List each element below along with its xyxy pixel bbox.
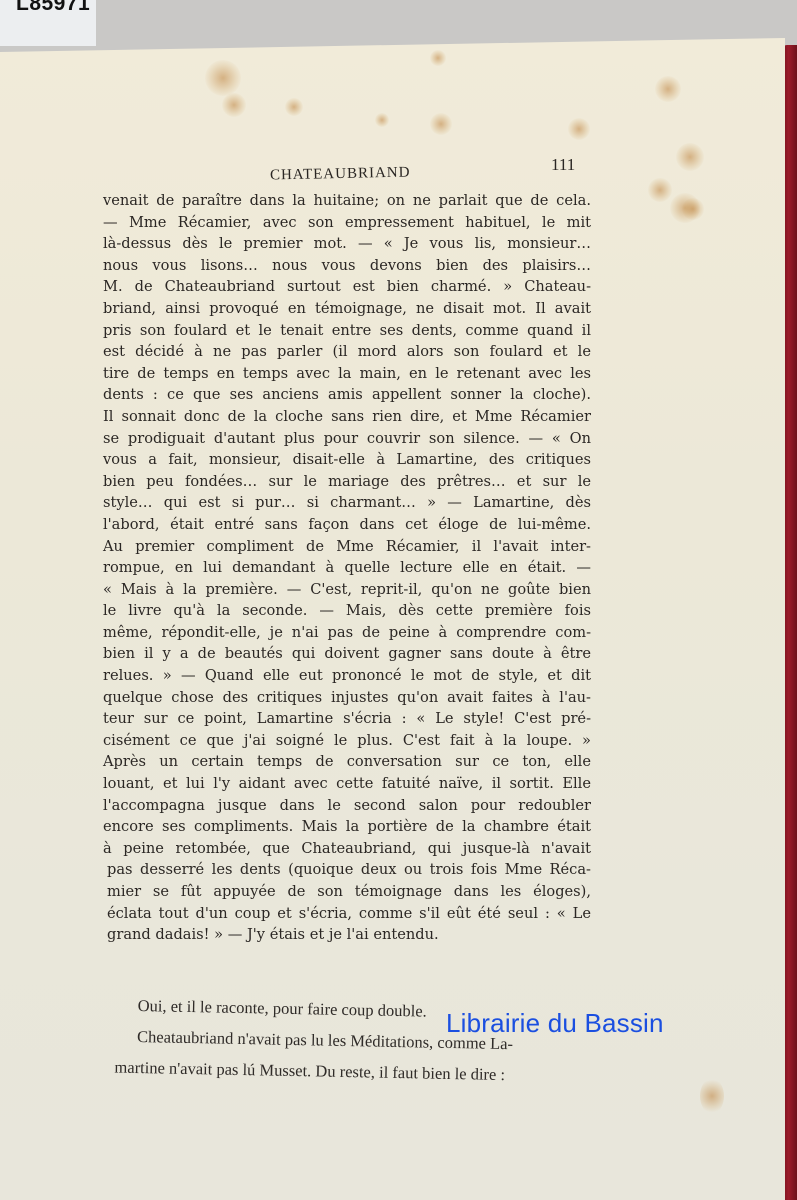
text-line: Après un certain temps de conversation s…: [103, 751, 591, 773]
foxing-spot: [205, 60, 241, 96]
text-line: tire de temps en temps avec la main, en …: [103, 363, 591, 385]
foxing-spot: [430, 113, 452, 135]
text-line: briand, ainsi provoqué en témoignage, ne…: [103, 298, 591, 320]
text-line: le livre qu'à la seconde. — Mais, dès ce…: [103, 600, 591, 622]
text-line: l'accompagna jusque dans le second salon…: [103, 795, 591, 817]
book-cover-edge: [783, 45, 797, 1200]
text-line: l'abord, était entré sans façon dans cet…: [103, 514, 591, 536]
text-line: éclata tout d'un coup et s'écria, comme …: [103, 903, 591, 925]
text-line: pris son foulard et le tenait entre ses …: [103, 320, 591, 342]
body-text: venait de paraître dans la huitaine; on …: [103, 190, 591, 946]
text-line: bien peu fondées… sur le mariage des prê…: [103, 471, 591, 493]
text-line: M. de Chateaubriand surtout est bien cha…: [103, 276, 591, 298]
foxing-spot: [648, 178, 672, 202]
text-line: se prodiguait d'autant plus pour couvrir…: [103, 428, 591, 450]
footnote: Oui, et il le raconte, pour faire coup d…: [136, 990, 593, 1092]
text-line: est décidé à ne pas parler (il mord alor…: [103, 341, 591, 363]
text-line: vous a fait, monsieur, disait-elle à Lam…: [103, 449, 591, 471]
text-line: bien il y a de beautés qui doivent gagne…: [103, 643, 591, 665]
text-line: quelque chose des critiques injustes qu'…: [103, 687, 591, 709]
text-line: pas desserré les dents (quoique deux ou …: [103, 859, 591, 881]
watermark-text: Librairie du Bassin: [446, 1008, 664, 1039]
text-line: cisément ce que j'ai soigné le plus. C'e…: [103, 730, 591, 752]
text-line: « Mais à la première. — C'est, reprit-il…: [103, 579, 591, 601]
text-line: encore ses compliments. Mais la portière…: [103, 816, 591, 838]
text-line: — Mme Récamier, avec son empressement ha…: [103, 212, 591, 234]
running-head: CHATEAUBRIAND: [270, 165, 411, 185]
foxing-spot: [285, 98, 303, 116]
text-line: Au premier compliment de Mme Récamier, i…: [103, 536, 591, 558]
page-number: 111: [551, 155, 575, 175]
text-line: style… qui est si pur… si charmant… » — …: [103, 492, 591, 514]
text-line: louant, et lui l'y aidant avec cette fat…: [103, 773, 591, 795]
foxing-spot: [222, 93, 246, 117]
text-line: Il sonnait donc de la cloche sans rien d…: [103, 406, 591, 428]
text-line: relues. » — Quand elle eut prononcé le m…: [103, 665, 591, 687]
text-line: mier se fût appuyée de son témoignage da…: [103, 881, 591, 903]
text-line: grand dadais! » — J'y étais et je l'ai e…: [103, 924, 591, 946]
text-line: venait de paraître dans la huitaine; on …: [103, 190, 591, 212]
text-line: nous vous lisons… nous vous devons bien …: [103, 255, 591, 277]
inventory-label: L85971: [16, 0, 90, 16]
text-line: à peine retombée, que Chateaubriand, qui…: [103, 838, 591, 860]
text-line: même, répondit-elle, je n'ai pas de pein…: [103, 622, 591, 644]
text-line: rompue, en lui demandant à quelle lectur…: [103, 557, 591, 579]
foxing-spot: [682, 198, 704, 220]
foxing-spot: [568, 118, 590, 140]
foxing-spot: [700, 1078, 724, 1114]
text-line: teur sur ce point, Lamartine s'écria : «…: [103, 708, 591, 730]
foxing-spot: [375, 113, 389, 127]
foxing-spot: [430, 50, 446, 66]
foxing-spot: [655, 76, 681, 102]
text-line: là-dessus dès le premier mot. — « Je vou…: [103, 233, 591, 255]
foxing-spot: [676, 143, 704, 171]
inventory-sticker: L85971: [0, 0, 96, 46]
text-line: dents : ce que ses anciens amis appellen…: [103, 384, 591, 406]
